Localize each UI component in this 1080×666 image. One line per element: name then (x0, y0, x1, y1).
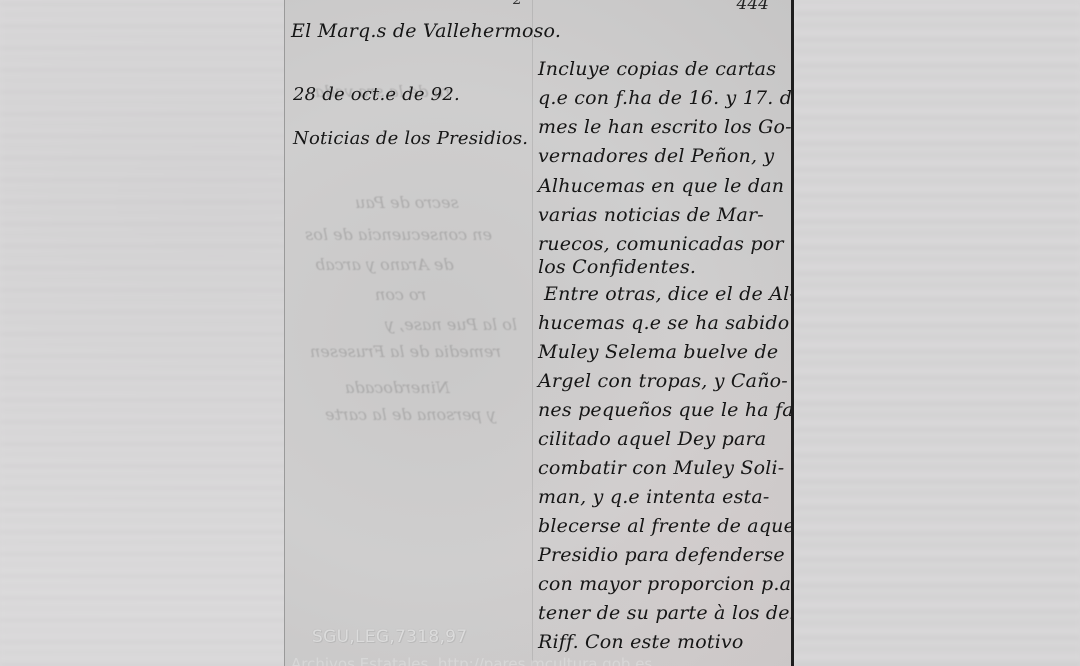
body-line: ruecos, comunicadas por (538, 233, 784, 255)
ghost-line: lo la Pue nase, y (385, 315, 517, 334)
ghost-line: Ninerdocada (345, 378, 450, 397)
body-line: mes le han escrito los Go- (538, 116, 792, 138)
body-line: q.e con f.ha de 16. y 17. de este (538, 87, 794, 109)
manuscript-page: 2 444 ra de la sra vada secro de Pau en … (284, 0, 794, 666)
archive-source-credit: Archivos Estatales, http://pares.mcultur… (291, 655, 652, 666)
body-line: Muley Selema buelve de (538, 341, 778, 363)
body-line: varias noticias de Mar- (538, 204, 764, 226)
body-line: Riff. Con este motivo (538, 631, 744, 653)
body-line: tener de su parte à los del (538, 602, 794, 624)
ghost-line: remedia de la Frusesen (310, 342, 501, 361)
body-line: los Confidentes. (538, 256, 696, 278)
margin-date: 28 de oct.e de 92. (293, 84, 460, 105)
ghost-line: y persona de la carte (325, 405, 496, 424)
body-line: combatir con Muley Soli- (538, 457, 784, 479)
body-line: con mayor proporcion p.a (538, 573, 791, 595)
folio-number: 444 (737, 0, 769, 14)
margin-subject: Noticias de los Presidios. (293, 128, 528, 149)
body-line: nes pequeños que le ha fa- (538, 399, 794, 421)
body-line: cilitado aquel Dey para (538, 428, 766, 450)
blurred-backdrop-right (795, 0, 1080, 666)
ghost-line: de Arano y arcab (315, 255, 454, 274)
page-fold-line (532, 0, 533, 666)
body-line: Entre otras, dice el de Al- (544, 283, 794, 305)
body-line: Alhucemas en que le dan (538, 175, 784, 197)
body-line: Presidio para defenderse (538, 544, 785, 566)
ghost-line: secro de Pau (355, 193, 459, 212)
body-line: Incluye copias de cartas (538, 58, 776, 80)
body-line: vernadores del Peñon, y (538, 145, 774, 167)
body-line: man, y q.e intenta esta- (538, 486, 770, 508)
body-line: hucemas q.e se ha sabido q.e (538, 312, 794, 334)
body-line: Argel con tropas, y Caño- (538, 370, 788, 392)
ghost-line: ro con (375, 285, 426, 304)
archive-reference-watermark: SGU,LEG,7318,97 (312, 627, 467, 647)
top-mark: 2 (513, 0, 522, 8)
body-line: blecerse al frente de aquel (538, 515, 794, 537)
ghost-line: en consecuencia de los (305, 225, 492, 244)
document-header: El Marq.s de Vallehermoso. (291, 20, 561, 42)
